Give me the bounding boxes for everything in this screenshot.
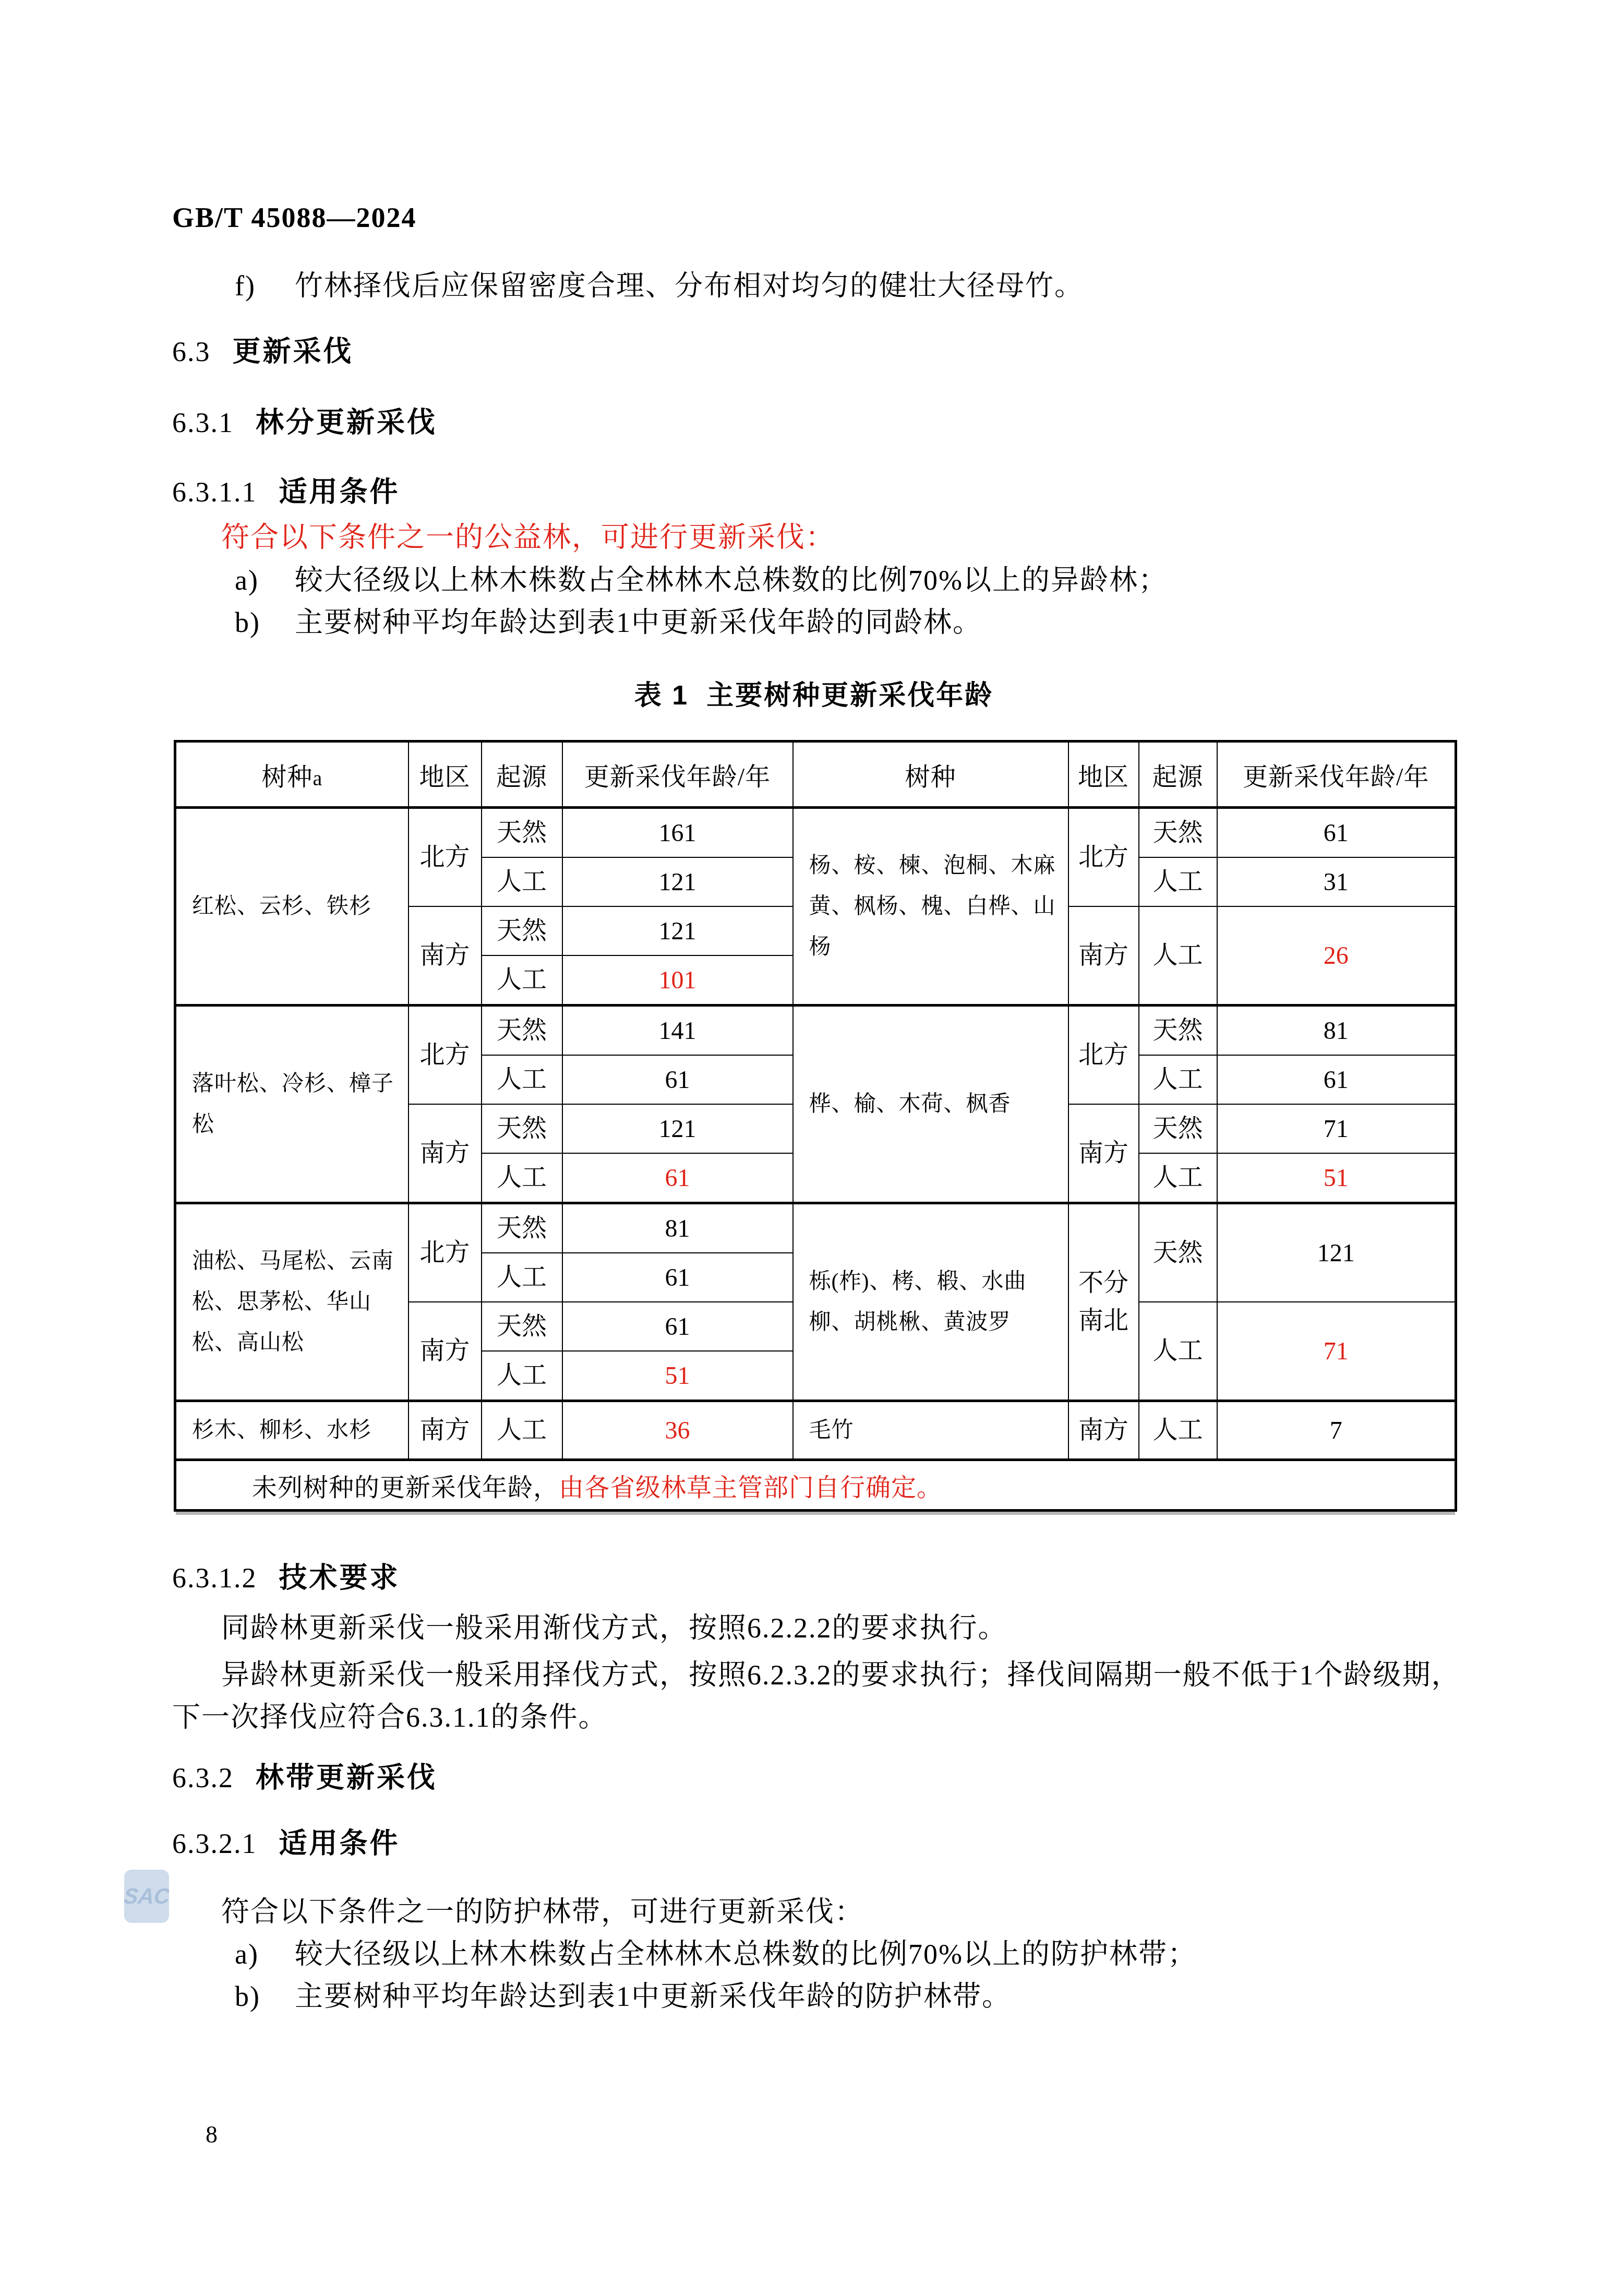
list-marker: b) (235, 606, 295, 639)
heading-6-3-1-1: 6.3.1.1适用条件 (172, 475, 400, 516)
region-cell: 北方 (1068, 808, 1139, 907)
table-title: 主要树种更新采伐年龄 (706, 680, 993, 711)
origin-cell: 人工 (1139, 1302, 1217, 1401)
sac-watermark-logo: SAC (124, 1870, 169, 1923)
paragraph: 异龄林更新采伐一般采用择伐方式，按照6.2.3.2的要求执行；择伐间隔期一般不低… (172, 1654, 1461, 1739)
age-cell: 7 (1217, 1401, 1456, 1460)
age-cell: 61 (562, 1055, 793, 1104)
heading-number: 6.3.1 (172, 407, 234, 438)
list-item-f: f)竹林择伐后应保留密度合理、分布相对均匀的健壮大径母竹。 (235, 269, 1084, 303)
intro-line-public-forest: 符合以下条件之一的公益林，可进行更新采伐： (221, 521, 835, 554)
heading-6-3-2-1: 6.3.2.1适用条件 (172, 1827, 400, 1868)
age-cell: 141 (562, 1006, 793, 1056)
table-note-red: 由各省级林草主管部门自行确定。 (559, 1474, 942, 1502)
table-caption: 表 1主要树种更新采伐年龄 (170, 673, 1458, 712)
heading-title: 更新采伐 (233, 336, 354, 367)
species-cell: 杨、桉、楝、泡桐、木麻黄、枫杨、槐、白桦、山杨 (793, 808, 1068, 1006)
age-cell-red: 101 (562, 955, 793, 1006)
page-number: 8 (206, 2121, 218, 2148)
heading-6-3-1: 6.3.1林分更新采伐 (172, 406, 437, 447)
age-cell: 71 (1217, 1104, 1456, 1153)
region-cell: 北方 (408, 808, 482, 907)
region-cell: 南方 (408, 906, 482, 1006)
age-cell: 61 (562, 1253, 793, 1302)
region-cell: 南方 (408, 1302, 482, 1401)
species-cell: 毛竹 (793, 1401, 1068, 1460)
col-header-region-right: 地区 (1068, 742, 1139, 808)
list-item-text: 较大径级以上林木株数占全林林木总株数的比例70%以上的异龄林； (295, 565, 1168, 596)
age-cell: 121 (562, 906, 793, 955)
heading-6-3-1-2: 6.3.1.2技术要求 (172, 1561, 400, 1602)
table-note: 未列树种的更新采伐年龄，由各省级林草主管部门自行确定。 (175, 1460, 1456, 1511)
heading-number: 6.3.2.1 (172, 1828, 257, 1859)
origin-cell: 天然 (1139, 1203, 1217, 1302)
heading-title: 适用条件 (279, 476, 400, 508)
list-marker: a) (235, 564, 295, 597)
species-cell: 杉木、柳杉、水杉 (175, 1401, 408, 1460)
heading-title: 林带更新采伐 (256, 1762, 437, 1793)
list-item-text: 较大径级以上林木株数占全林林木总株数的比例70%以上的防护林带； (295, 1939, 1197, 1970)
age-cell: 81 (1217, 1006, 1456, 1056)
region-cell: 南方 (1068, 1401, 1139, 1460)
doc-code: GB/T 45088—2024 (172, 201, 417, 234)
region-cell: 南方 (1068, 1104, 1139, 1203)
list-item-text: 竹林择伐后应保留密度合理、分布相对均匀的健壮大径母竹。 (295, 270, 1084, 302)
list-item-b: b)主要树种平均年龄达到表1中更新采伐年龄的防护林带。 (235, 1980, 1011, 2013)
origin-cell: 天然 (482, 808, 562, 858)
table-row: 杉木、柳杉、水杉 南方 人工 36 毛竹 南方 人工 7 (175, 1401, 1456, 1460)
age-cell: 61 (1217, 808, 1456, 858)
origin-cell: 人工 (482, 1153, 562, 1203)
paragraph: 同龄林更新采伐一般采用渐伐方式，按照6.2.2.2的要求执行。 (172, 1611, 1007, 1645)
species-cell: 红松、云杉、铁杉 (175, 808, 408, 1006)
col-header-age-right: 更新采伐年龄/年 (1217, 742, 1456, 808)
origin-cell: 人工 (482, 1055, 562, 1104)
species-cell: 油松、马尾松、云南松、思茅松、华山松、高山松 (175, 1203, 408, 1401)
region-cell: 北方 (408, 1006, 482, 1105)
col-header-origin-left: 起源 (482, 742, 562, 808)
col-header-region-left: 地区 (408, 742, 482, 808)
origin-cell: 人工 (482, 857, 562, 906)
table-header-row: 树种a 地区 起源 更新采伐年龄/年 树种 地区 起源 更新采伐年龄/年 (175, 742, 1456, 808)
table-1-renewal-cutting-ages: 树种a 地区 起源 更新采伐年龄/年 树种 地区 起源 更新采伐年龄/年 红松、… (174, 740, 1457, 1512)
list-item-a: a)较大径级以上林木株数占全林林木总株数的比例70%以上的防护林带； (235, 1938, 1197, 1971)
origin-cell: 天然 (1139, 1104, 1217, 1153)
sac-watermark-text: SAC (124, 1884, 169, 1909)
origin-cell: 人工 (1139, 1153, 1217, 1203)
age-cell-red: 36 (562, 1401, 793, 1460)
region-cell: 南方 (408, 1401, 482, 1460)
heading-number: 6.3.1.1 (172, 476, 257, 508)
col-header-species-left: 树种a (175, 742, 408, 808)
origin-cell: 天然 (482, 906, 562, 955)
col-header-age-left: 更新采伐年龄/年 (562, 742, 793, 808)
intro-line-shelter-belt: 符合以下条件之一的防护林带，可进行更新采伐： (221, 1895, 864, 1929)
list-item-text: 主要树种平均年龄达到表1中更新采伐年龄的防护林带。 (295, 1981, 1011, 2012)
footnote-marker-a: a (313, 767, 322, 790)
origin-cell: 天然 (482, 1104, 562, 1153)
heading-6-3: 6.3更新采伐 (172, 335, 354, 376)
origin-cell: 人工 (482, 1401, 562, 1460)
region-cell: 北方 (408, 1203, 482, 1302)
age-cell: 81 (562, 1203, 793, 1253)
heading-number: 6.3 (172, 336, 211, 367)
origin-cell: 人工 (482, 1253, 562, 1302)
heading-6-3-2: 6.3.2林带更新采伐 (172, 1761, 437, 1802)
origin-cell: 人工 (482, 1351, 562, 1401)
region-cell: 北方 (1068, 1006, 1139, 1105)
age-cell: 121 (562, 1104, 793, 1153)
origin-cell: 人工 (1139, 857, 1217, 906)
origin-cell: 人工 (1139, 906, 1217, 1006)
age-cell: 31 (1217, 857, 1456, 906)
col-header-origin-right: 起源 (1139, 742, 1217, 808)
species-cell: 落叶松、冷杉、樟子松 (175, 1006, 408, 1203)
age-cell-red: 61 (562, 1153, 793, 1203)
age-cell-red: 71 (1217, 1302, 1456, 1401)
region-cell: 南方 (408, 1104, 482, 1203)
table-row: 油松、马尾松、云南松、思茅松、华山松、高山松 北方 天然 81 栎(柞)、栲、椴… (175, 1203, 1456, 1253)
heading-number: 6.3.2 (172, 1762, 234, 1793)
age-cell: 61 (562, 1302, 793, 1351)
age-cell-red: 26 (1217, 906, 1456, 1006)
origin-cell: 人工 (1139, 1055, 1217, 1104)
table-note-black: 未列树种的更新采伐年龄， (252, 1474, 559, 1502)
age-cell: 121 (562, 857, 793, 906)
list-marker: f) (235, 269, 295, 303)
table-label: 表 1 (634, 680, 689, 711)
list-marker: b) (235, 1980, 295, 2013)
heading-number: 6.3.1.2 (172, 1562, 257, 1594)
age-cell: 61 (1217, 1055, 1456, 1104)
age-cell: 161 (562, 808, 793, 858)
origin-cell: 天然 (1139, 808, 1217, 858)
heading-title: 适用条件 (279, 1828, 400, 1859)
origin-cell: 天然 (482, 1203, 562, 1253)
table-note-row: 未列树种的更新采伐年龄，由各省级林草主管部门自行确定。 (175, 1460, 1456, 1511)
table-row: 红松、云杉、铁杉 北方 天然 161 杨、桉、楝、泡桐、木麻黄、枫杨、槐、白桦、… (175, 808, 1456, 858)
species-cell: 栎(柞)、栲、椴、水曲柳、胡桃楸、黄波罗 (793, 1203, 1068, 1401)
list-item-text: 主要树种平均年龄达到表1中更新采伐年龄的同龄林。 (295, 607, 982, 638)
species-cell: 桦、榆、木荷、枫香 (793, 1006, 1068, 1203)
origin-cell: 人工 (1139, 1401, 1217, 1460)
age-cell: 121 (1217, 1203, 1456, 1302)
heading-title: 林分更新采伐 (256, 407, 437, 438)
region-cell: 南方 (1068, 906, 1139, 1006)
age-cell-red: 51 (562, 1351, 793, 1401)
list-item-b: b)主要树种平均年龄达到表1中更新采伐年龄的同龄林。 (235, 606, 982, 639)
age-cell-red: 51 (1217, 1153, 1456, 1203)
origin-cell: 天然 (482, 1302, 562, 1351)
col-header-species-right: 树种 (793, 742, 1068, 808)
region-cell: 不分南北 (1068, 1203, 1139, 1401)
origin-cell: 人工 (482, 955, 562, 1006)
origin-cell: 天然 (482, 1006, 562, 1056)
list-marker: a) (235, 1938, 295, 1971)
origin-cell: 天然 (1139, 1006, 1217, 1056)
list-item-a: a)较大径级以上林木株数占全林林木总株数的比例70%以上的异龄林； (235, 564, 1168, 597)
heading-title: 技术要求 (279, 1562, 400, 1594)
table-row: 落叶松、冷杉、樟子松 北方 天然 141 桦、榆、木荷、枫香 北方 天然 81 (175, 1006, 1456, 1056)
